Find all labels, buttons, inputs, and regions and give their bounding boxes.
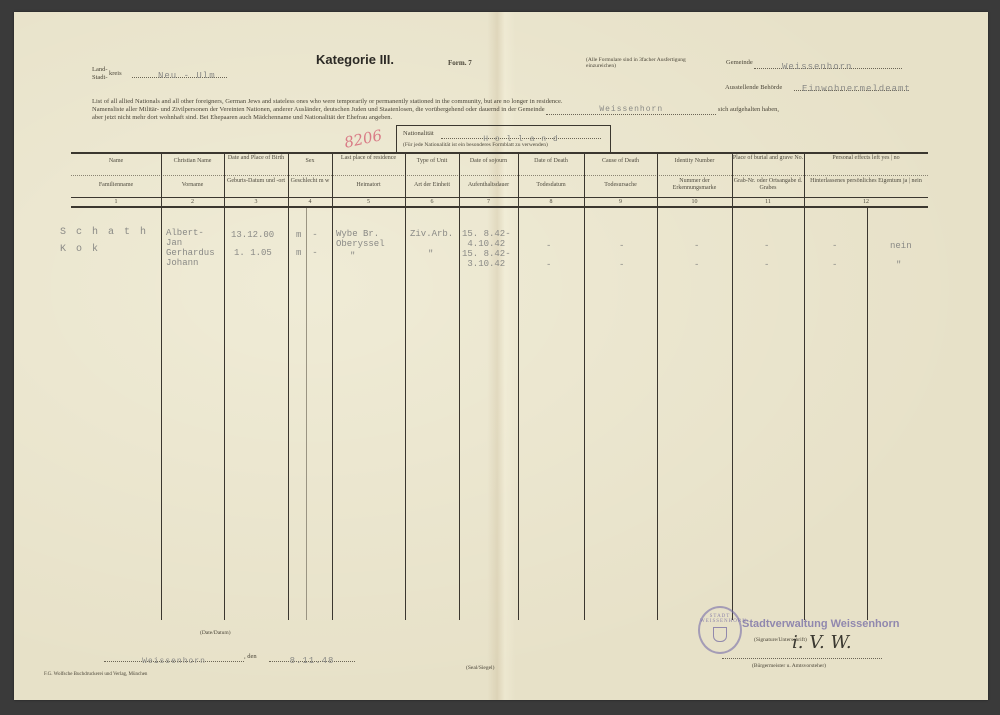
header-bottom-border	[71, 206, 928, 208]
col-10-en: Identity Number	[657, 158, 732, 165]
row2-unit: "	[428, 249, 433, 259]
row1-death-cause: -	[619, 241, 624, 251]
row2-name: K o k	[60, 245, 100, 255]
row1-death-date: -	[546, 241, 551, 251]
col-divider	[288, 152, 289, 620]
header-number-line	[71, 197, 928, 198]
col-8-en: Date of Death	[518, 158, 584, 165]
col-7-num: 7	[459, 199, 518, 206]
header-mid-divider	[71, 175, 928, 176]
col-5-de: Heimatort	[332, 182, 405, 189]
col-5-num: 5	[332, 199, 405, 206]
col-5-en: Last place of residence	[332, 155, 405, 162]
place-field: Weissenhorn	[104, 650, 244, 662]
col-8-de: Todesdatum	[518, 182, 584, 189]
col-divider	[459, 152, 460, 620]
row2-effects-yes: -	[832, 260, 837, 270]
col-divider	[405, 152, 406, 620]
coat-of-arms-icon	[713, 627, 727, 642]
col-4-num: 4	[288, 199, 332, 206]
col-8-num: 8	[518, 199, 584, 206]
register-table: Name Familienname 1 Christian Name Vorna…	[14, 12, 988, 700]
col-10-num: 10	[657, 199, 732, 206]
seal-label: (Seal/Siegel)	[466, 664, 494, 672]
row1-effects-yes: -	[832, 241, 837, 251]
col-3-num: 3	[224, 199, 288, 206]
col-divider	[161, 152, 162, 620]
col-10-de: Nummer der Erkennungsmarke	[657, 178, 732, 192]
col-divider	[732, 152, 733, 620]
official-seal-stamp: STADT WEISSENHORN	[698, 606, 742, 654]
col-3-de: Geburts-Datum und -ort	[224, 178, 288, 185]
col-3-en: Date and Place of Birth	[224, 155, 288, 162]
col-divider	[584, 152, 585, 620]
col-9-de: Todesursache	[584, 182, 657, 189]
row2-effects-no: "	[896, 260, 901, 270]
col-divider	[657, 152, 658, 620]
col-1-de: Familienname	[71, 182, 161, 189]
row2-sex: m -	[296, 248, 318, 258]
row2-burial: -	[764, 260, 769, 270]
col-9-en: Cause of Death	[584, 158, 657, 165]
col-4-en: Sex	[288, 158, 332, 165]
signature: i. V. W.	[792, 632, 852, 653]
col-4-de: Geschlecht m w	[288, 178, 332, 185]
row2-death-date: -	[546, 260, 551, 270]
document-page: Land- Stadt- kreis Neu - Ulm Kategorie I…	[14, 12, 988, 700]
col-6-en: Type of Unit	[405, 158, 459, 165]
col-12-num: 12	[804, 199, 928, 206]
col-2-num: 2	[161, 199, 224, 206]
row1-birth: 13.12.00	[231, 230, 274, 240]
official-label: (Bürgermeister u. Amtsvorsteher)	[752, 662, 826, 670]
den-label: , den	[244, 653, 257, 661]
row2-sojourn: 15. 8.42- 3.10.42	[462, 249, 511, 269]
row1-unit: Ziv.Arb.	[410, 229, 453, 239]
col-7-en: Date of sojourn	[459, 158, 518, 165]
row1-identity: -	[694, 241, 699, 251]
row2-birth: 1. 1.05	[234, 248, 272, 258]
col-1-num: 1	[71, 199, 161, 206]
seal-ring-text: STADT WEISSENHORN	[700, 614, 740, 624]
col-divider	[224, 152, 225, 620]
row2-death-cause: -	[619, 260, 624, 270]
printer-note: F.G. Wolfsche Buchdruckerei und Verlag, …	[44, 671, 147, 679]
table-top-border	[71, 152, 928, 154]
row1-sojourn: 15. 8.42- 4.10.42	[462, 229, 511, 249]
row1-sex: m -	[296, 230, 318, 240]
row1-effects-no: nein	[890, 241, 912, 251]
row2-identity: -	[694, 260, 699, 270]
col-6-num: 6	[405, 199, 459, 206]
col-subdivider	[867, 208, 868, 620]
signature-line	[722, 657, 882, 659]
row2-residence: "	[350, 251, 355, 261]
row1-christian-name: Albert- Jan	[166, 228, 204, 248]
col-divider	[518, 152, 519, 620]
col-6-de: Art der Einheit	[405, 182, 459, 189]
col-12-en: Personal effects left yes | no	[804, 155, 928, 162]
col-divider	[332, 152, 333, 620]
col-2-de: Vorname	[161, 182, 224, 189]
place-value: Weissenhorn	[142, 657, 206, 666]
date-label: (Date/Datum)	[200, 629, 231, 637]
col-11-num: 11	[732, 199, 804, 206]
col-11-en: Place of burial and grave No.	[732, 155, 804, 162]
row2-christian-name: Gerhardus Johann	[166, 248, 215, 268]
date-field: 8.11.48	[269, 650, 355, 662]
col-subdivider	[306, 208, 307, 620]
row1-burial: -	[764, 241, 769, 251]
col-1-en: Name	[71, 158, 161, 165]
col-9-num: 9	[584, 199, 657, 206]
col-divider	[804, 152, 805, 620]
col-2-en: Christian Name	[161, 158, 224, 165]
date-value: 8.11.48	[290, 656, 335, 666]
col-12-de: Hinterlassenes persönliches Eigentum ja …	[804, 178, 928, 185]
col-11-de: Grab-Nr. oder Ortsangabe d. Grabes	[732, 178, 804, 192]
row1-name: S c h a t h	[60, 228, 148, 238]
col-7-de: Aufenthaltsdauer	[459, 182, 518, 189]
stamp-text: Stadtverwaltung Weissenhorn	[742, 618, 900, 630]
row1-residence: Wybe Br. Oberyssel	[336, 229, 385, 249]
